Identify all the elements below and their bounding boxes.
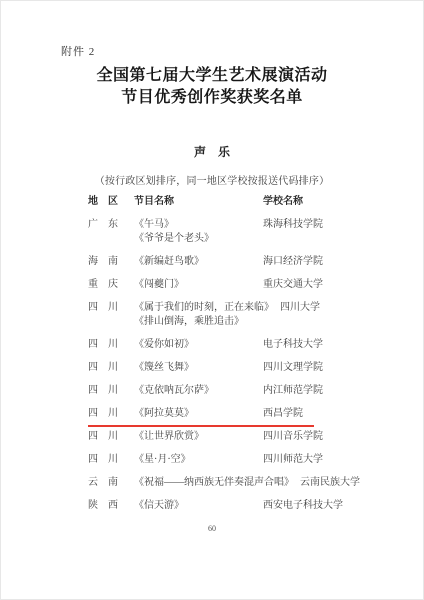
header-program-name: 节目名称 xyxy=(134,195,263,209)
program-title: 《新编赶鸟歌》 xyxy=(134,255,257,269)
cell-region: 四 川 xyxy=(88,338,134,352)
cell-program-name: 《让世界欣赏》 xyxy=(134,430,263,444)
program-title: 《篾丝飞舞》 xyxy=(134,361,257,375)
table-row: 四 川《篾丝飞舞》四川文理学院 xyxy=(88,361,378,375)
cell-program-name: 《祝福——纳西族无伴奏混声合唱》 xyxy=(134,476,300,490)
table-row: 四 川《爱你如初》电子科技大学 xyxy=(88,338,378,352)
cell-school-name: 西昌学院 xyxy=(263,407,303,421)
award-table: 地 区 节目名称 学校名称 广 东《午马》《爷爷是个老头》珠海科技学院海 南《新… xyxy=(88,195,378,513)
table-row: 云 南《祝福——纳西族无伴奏混声合唱》云南民族大学 xyxy=(88,476,378,490)
cell-school-name: 内江师范学院 xyxy=(263,384,323,398)
cell-school-name: 电子科技大学 xyxy=(263,338,323,352)
cell-region: 四 川 xyxy=(88,384,134,398)
table-row: 四 川《克依呐瓦尔萨》内江师范学院 xyxy=(88,384,378,398)
table-row: 四 川《属于我们的时刻，正在来临》《排山倒海，乘胜追击》四川大学 xyxy=(88,301,378,329)
table-row: 广 东《午马》《爷爷是个老头》珠海科技学院 xyxy=(88,218,378,246)
table-row: 重 庆《闯夔门》重庆交通大学 xyxy=(88,278,378,292)
cell-region: 云 南 xyxy=(88,476,134,490)
cell-program-name: 《午马》《爷爷是个老头》 xyxy=(134,218,263,246)
sorting-note: （按行政区划排序，同一地区学校按报送代码排序） xyxy=(1,172,423,187)
cell-school-name: 四川大学 xyxy=(280,301,320,315)
cell-school-name: 海口经济学院 xyxy=(263,255,323,269)
program-title: 《让世界欣赏》 xyxy=(134,430,257,444)
program-title: 《午马》 xyxy=(134,218,257,232)
cell-program-name: 《星·月·空》 xyxy=(134,453,263,467)
table-row: 四 川《星·月·空》四川师范大学 xyxy=(88,453,378,467)
cell-region: 四 川 xyxy=(88,453,134,467)
program-title: 《属于我们的时刻，正在来临》 xyxy=(134,301,274,315)
cell-school-name: 西安电子科技大学 xyxy=(263,499,343,513)
document-title: 全国第七届大学生艺术展演活动 节目优秀创作奖获奖名单 xyxy=(1,65,423,109)
program-title: 《阿拉莫莫》 xyxy=(134,407,257,421)
cell-program-name: 《爱你如初》 xyxy=(134,338,263,352)
highlight-underline xyxy=(88,425,314,427)
program-title: 《爱你如初》 xyxy=(134,338,257,352)
cell-program-name: 《信天游》 xyxy=(134,499,263,513)
document-page: 附件 2 全国第七届大学生艺术展演活动 节目优秀创作奖获奖名单 声 乐 （按行政… xyxy=(0,0,424,600)
cell-school-name: 云南民族大学 xyxy=(300,476,360,490)
table-header-row: 地 区 节目名称 学校名称 xyxy=(88,195,378,209)
document-title-line2: 节目优秀创作奖获奖名单 xyxy=(1,87,423,109)
cell-region: 四 川 xyxy=(88,430,134,444)
header-school-name: 学校名称 xyxy=(263,195,303,209)
table-row: 海 南《新编赶鸟歌》海口经济学院 xyxy=(88,255,378,269)
cell-school-name: 重庆交通大学 xyxy=(263,278,323,292)
table-row: 四 川《阿拉莫莫》西昌学院 xyxy=(88,407,378,421)
cell-program-name: 《闯夔门》 xyxy=(134,278,263,292)
cell-school-name: 四川文理学院 xyxy=(263,361,323,375)
cell-region: 广 东 xyxy=(88,218,134,232)
header-region: 地 区 xyxy=(88,195,134,209)
table-row: 四 川《让世界欣赏》四川音乐学院 xyxy=(88,430,378,444)
cell-school-name: 四川音乐学院 xyxy=(263,430,323,444)
page-number: 60 xyxy=(1,524,423,533)
cell-region: 海 南 xyxy=(88,255,134,269)
program-title: 《祝福——纳西族无伴奏混声合唱》 xyxy=(134,476,294,490)
cell-region: 陕 西 xyxy=(88,499,134,513)
cell-program-name: 《新编赶鸟歌》 xyxy=(134,255,263,269)
table-row: 陕 西《信天游》西安电子科技大学 xyxy=(88,499,378,513)
program-title: 《克依呐瓦尔萨》 xyxy=(134,384,257,398)
cell-program-name: 《阿拉莫莫》 xyxy=(134,407,263,421)
program-title: 《排山倒海，乘胜追击》 xyxy=(134,315,274,329)
cell-school-name: 四川师范大学 xyxy=(263,453,323,467)
cell-region: 四 川 xyxy=(88,301,134,315)
cell-program-name: 《属于我们的时刻，正在来临》《排山倒海，乘胜追击》 xyxy=(134,301,280,329)
cell-program-name: 《篾丝飞舞》 xyxy=(134,361,263,375)
cell-region: 四 川 xyxy=(88,361,134,375)
section-title-vocal: 声 乐 xyxy=(1,143,423,160)
program-title: 《信天游》 xyxy=(134,499,257,513)
program-title: 《爷爷是个老头》 xyxy=(134,232,257,246)
cell-program-name: 《克依呐瓦尔萨》 xyxy=(134,384,263,398)
document-title-line1: 全国第七届大学生艺术展演活动 xyxy=(1,65,423,87)
program-title: 《闯夔门》 xyxy=(134,278,257,292)
attachment-label: 附件 2 xyxy=(61,43,95,59)
program-title: 《星·月·空》 xyxy=(134,453,257,467)
cell-region: 四 川 xyxy=(88,407,134,421)
cell-school-name: 珠海科技学院 xyxy=(263,218,323,232)
cell-region: 重 庆 xyxy=(88,278,134,292)
